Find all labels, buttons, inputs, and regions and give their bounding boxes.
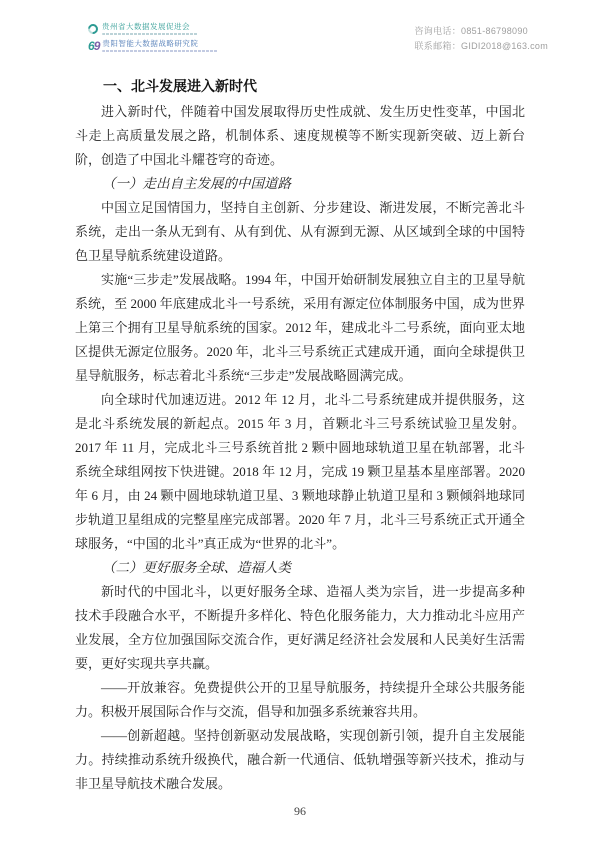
- paragraph: 实施“三步走”发展战略。1994 年，中国开始研制发展独立自主的卫星导航系统，至…: [75, 268, 525, 388]
- document-page: 贵州省大数据发展促进会 69 贵阳智能大数据战略研究院 咨询电话：0851-86…: [0, 0, 600, 848]
- paragraph: 中国立足国情国力，坚持自主创新、分步建设、渐进发展，不断完善北斗系统，走出一条从…: [75, 196, 525, 268]
- paragraph: ——创新超越。坚持创新驱动发展战略，实现创新引领，提升自主发展能力。持续推动系统…: [75, 724, 525, 796]
- association-logo-caption-line: [102, 33, 198, 36]
- contact-phone-label: 咨询电话：: [415, 26, 462, 36]
- institute-logo-caption-line: [102, 50, 218, 53]
- document-body: 一、北斗发展进入新时代 进入新时代，伴随着中国发展取得历史性成就、发生历史性变革…: [75, 76, 525, 796]
- globe-ring-icon: [86, 22, 100, 36]
- institute-logo-name: 贵阳智能大数据战略研究院: [102, 40, 218, 48]
- letterhead-logos: 贵州省大数据发展促进会 69 贵阳智能大数据战略研究院: [88, 22, 218, 56]
- association-logo-name: 贵州省大数据发展促进会: [102, 23, 198, 31]
- paragraph: 进入新时代，伴随着中国发展取得历史性成就、发生历史性变革，中国北斗走上高质量发展…: [75, 100, 525, 172]
- page-number: 96: [294, 804, 306, 818]
- contact-email: 联系邮箱：GIDI2018@163.com: [415, 39, 549, 54]
- subsection-heading-2: （二）更好服务全球、造福人类: [75, 556, 525, 580]
- contact-phone-number: 0851-86798090: [461, 26, 528, 36]
- association-logo: 贵州省大数据发展促进会: [88, 22, 218, 36]
- section-heading: 一、北斗发展进入新时代: [75, 76, 525, 100]
- page-footer: 96: [0, 804, 600, 819]
- paragraph: 向全球时代加速迈进。2012 年 12 月，北斗二号系统建成并提供服务，这是北斗…: [75, 388, 525, 556]
- institute-logo: 69 贵阳智能大数据战略研究院: [88, 39, 218, 53]
- contact-email-address: GIDI2018@163.com: [461, 41, 548, 51]
- page-header: 贵州省大数据发展促进会 69 贵阳智能大数据战略研究院 咨询电话：0851-86…: [0, 20, 600, 66]
- subsection-heading-1: （一）走出自主发展的中国道路: [75, 172, 525, 196]
- paragraph: 新时代的中国北斗，以更好服务全球、造福人类为宗旨，进一步提高多种技术手段融合水平…: [75, 580, 525, 676]
- contact-info: 咨询电话：0851-86798090 联系邮箱：GIDI2018@163.com: [415, 24, 549, 54]
- contact-email-label: 联系邮箱：: [415, 41, 462, 51]
- go-monogram-icon: 69: [88, 40, 99, 52]
- contact-phone: 咨询电话：0851-86798090: [415, 24, 549, 39]
- paragraph: ——开放兼容。免费提供公开的卫星导航服务，持续提升全球公共服务能力。积极开展国际…: [75, 676, 525, 724]
